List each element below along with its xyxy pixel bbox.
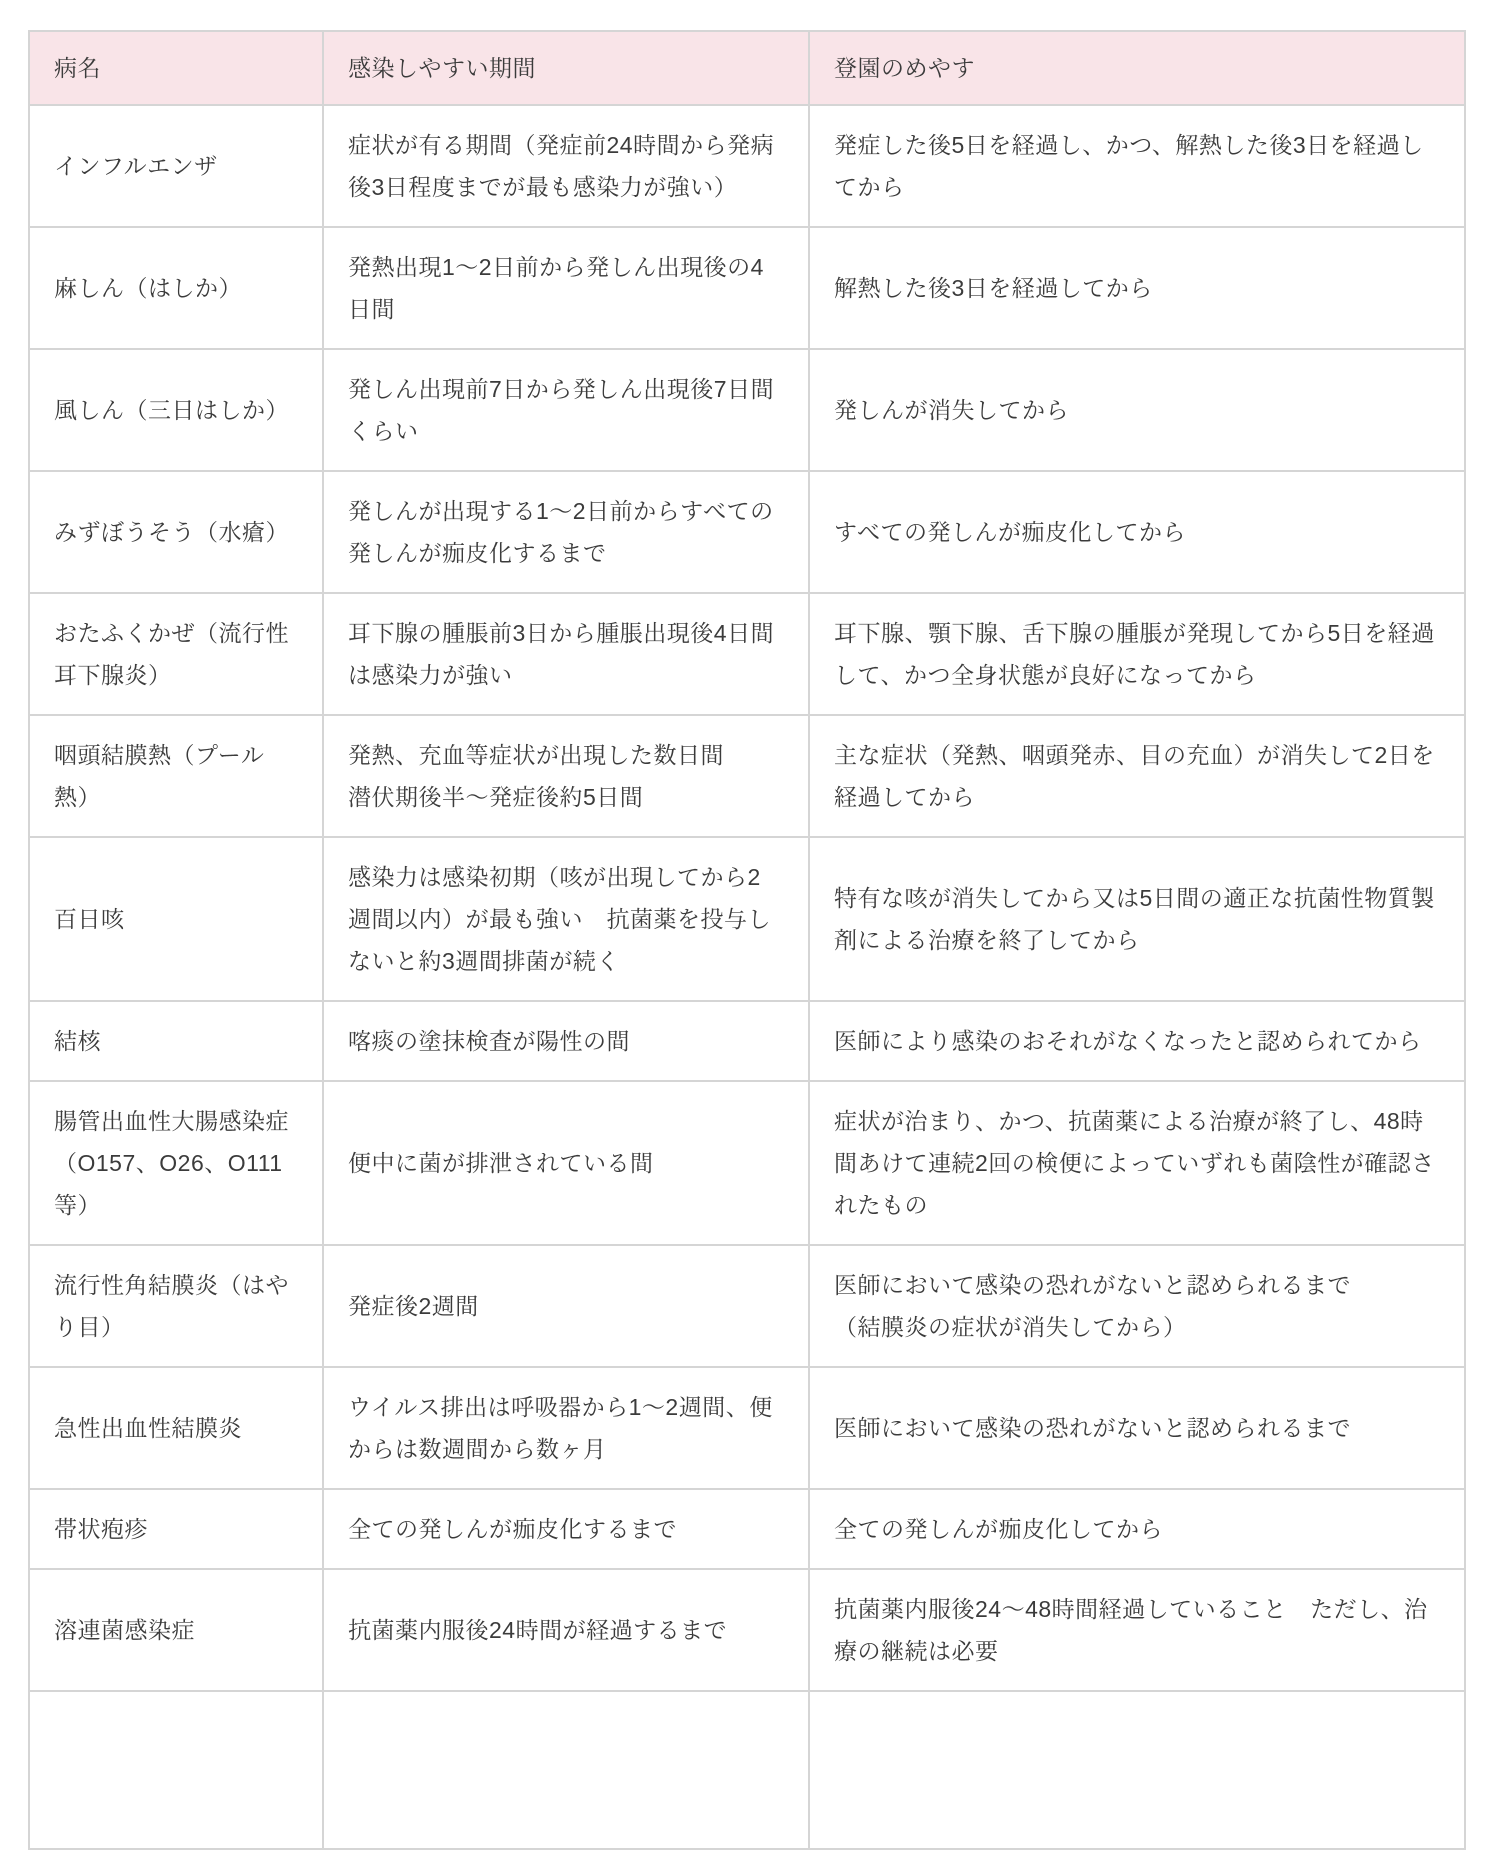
disease-name-cell: 風しん（三日はしか）: [29, 349, 323, 471]
table-row: 百日咳 感染力は感染初期（咳が出現してから2週間以内）が最も強い 抗菌薬を投与し…: [29, 837, 1465, 1001]
table-row: 流行性角結膜炎（はやり目） 発症後2週間 医師において感染の恐れがないと認められ…: [29, 1245, 1465, 1367]
infectious-period-cell: 全ての発しんが痂皮化するまで: [323, 1489, 809, 1569]
attendance-guideline-cell: 主な症状（発熱、咽頭発赤、目の充血）が消失して2日を経過してから: [809, 715, 1465, 837]
infectious-period-cell: 便中に菌が排泄されている間: [323, 1081, 809, 1245]
table-row: 麻しん（はしか） 発熱出現1〜2日前から発しん出現後の4日間 解熱した後3日を経…: [29, 227, 1465, 349]
disease-name-cell: 百日咳: [29, 837, 323, 1001]
table-row: 急性出血性結膜炎 ウイルス排出は呼吸器から1〜2週間、便からは数週間から数ヶ月 …: [29, 1367, 1465, 1489]
infectious-period-cell: 感染力は感染初期（咳が出現してから2週間以内）が最も強い 抗菌薬を投与しないと約…: [323, 837, 809, 1001]
attendance-guideline-cell: 解熱した後3日を経過してから: [809, 227, 1465, 349]
infectious-period-cell: 発熱、充血等症状が出現した数日間 潜伏期後半〜発症後約5日間: [323, 715, 809, 837]
table-body: インフルエンザ 症状が有る期間（発症前24時間から発病後3日程度までが最も感染力…: [29, 105, 1465, 1676]
disease-name-cell: 急性出血性結膜炎: [29, 1367, 323, 1489]
attendance-guideline-cell: 全ての発しんが痂皮化してから: [809, 1489, 1465, 1569]
infectious-period-cell: 喀痰の塗抹検査が陽性の間: [323, 1001, 809, 1081]
table-row: 結核 喀痰の塗抹検査が陽性の間 医師により感染のおそれがなくなったと認められてか…: [29, 1001, 1465, 1081]
table-row: 咽頭結膜熱（プール熱） 発熱、充血等症状が出現した数日間 潜伏期後半〜発症後約5…: [29, 715, 1465, 837]
table-row: 風しん（三日はしか） 発しん出現前7日から発しん出現後7日間くらい 発しんが消失…: [29, 349, 1465, 471]
disease-name-cell: 麻しん（はしか）: [29, 227, 323, 349]
page: { "table": { "header_bg": "#f9e4e8", "bo…: [0, 0, 1492, 1676]
header-row: 病名 感染しやすい期間 登園のめやす: [29, 31, 1465, 105]
attendance-guideline-cell: 抗菌薬内服後24〜48時間経過していること ただし、治療の継続は必要: [809, 1569, 1465, 1676]
infectious-period-cell: 発しんが出現する1〜2日前からすべての発しんが痂皮化するまで: [323, 471, 809, 593]
table-row: 腸管出血性大腸感染症（O157、O26、O111等） 便中に菌が排泄されている間…: [29, 1081, 1465, 1245]
column-header-guideline: 登園のめやす: [809, 31, 1465, 105]
attendance-guideline-cell: 症状が治まり、かつ、抗菌薬による治療が終了し、48時間あけて連続2回の検便によっ…: [809, 1081, 1465, 1245]
table-row: インフルエンザ 症状が有る期間（発症前24時間から発病後3日程度までが最も感染力…: [29, 105, 1465, 227]
disease-name-cell: 結核: [29, 1001, 323, 1081]
infectious-period-cell: 症状が有る期間（発症前24時間から発病後3日程度までが最も感染力が強い）: [323, 105, 809, 227]
table-header: 病名 感染しやすい期間 登園のめやす: [29, 31, 1465, 105]
attendance-guideline-cell: 特有な咳が消失してから又は5日間の適正な抗菌性物質製剤による治療を終了してから: [809, 837, 1465, 1001]
infectious-period-cell: 耳下腺の腫脹前3日から腫脹出現後4日間は感染力が強い: [323, 593, 809, 715]
infectious-period-cell: 発症後2週間: [323, 1245, 809, 1367]
table-row: みずぼうそう（水瘡） 発しんが出現する1〜2日前からすべての発しんが痂皮化するま…: [29, 471, 1465, 593]
attendance-guideline-cell: 医師において感染の恐れがないと認められるまで: [809, 1367, 1465, 1489]
illness-attendance-table: 病名 感染しやすい期間 登園のめやす インフルエンザ 症状が有る期間（発症前24…: [28, 30, 1466, 1676]
attendance-guideline-cell: すべての発しんが痂皮化してから: [809, 471, 1465, 593]
disease-name-cell: 腸管出血性大腸感染症（O157、O26、O111等）: [29, 1081, 323, 1245]
disease-name-cell: みずぼうそう（水瘡）: [29, 471, 323, 593]
infectious-period-cell: ウイルス排出は呼吸器から1〜2週間、便からは数週間から数ヶ月: [323, 1367, 809, 1489]
illness-table-container: 病名 感染しやすい期間 登園のめやす インフルエンザ 症状が有る期間（発症前24…: [28, 30, 1464, 1676]
disease-name-cell: 溶連菌感染症: [29, 1569, 323, 1676]
attendance-guideline-cell: 発症した後5日を経過し、かつ、解熱した後3日を経過してから: [809, 105, 1465, 227]
disease-name-cell: インフルエンザ: [29, 105, 323, 227]
attendance-guideline-cell: 発しんが消失してから: [809, 349, 1465, 471]
disease-name-cell: 咽頭結膜熱（プール熱）: [29, 715, 323, 837]
infectious-period-cell: 抗菌薬内服後24時間が経過するまで: [323, 1569, 809, 1676]
table-row: 溶連菌感染症 抗菌薬内服後24時間が経過するまで 抗菌薬内服後24〜48時間経過…: [29, 1569, 1465, 1676]
disease-name-cell: 流行性角結膜炎（はやり目）: [29, 1245, 323, 1367]
table-row: おたふくかぜ（流行性耳下腺炎） 耳下腺の腫脹前3日から腫脹出現後4日間は感染力が…: [29, 593, 1465, 715]
column-header-period: 感染しやすい期間: [323, 31, 809, 105]
attendance-guideline-cell: 耳下腺、顎下腺、舌下腺の腫脹が発現してから5日を経過して、かつ全身状態が良好にな…: [809, 593, 1465, 715]
disease-name-cell: おたふくかぜ（流行性耳下腺炎）: [29, 593, 323, 715]
infectious-period-cell: 発しん出現前7日から発しん出現後7日間くらい: [323, 349, 809, 471]
attendance-guideline-cell: 医師において感染の恐れがないと認められるまで （結膜炎の症状が消失してから）: [809, 1245, 1465, 1367]
attendance-guideline-cell: 医師により感染のおそれがなくなったと認められてから: [809, 1001, 1465, 1081]
table-row: 帯状疱疹 全ての発しんが痂皮化するまで 全ての発しんが痂皮化してから: [29, 1489, 1465, 1569]
disease-name-cell: 帯状疱疹: [29, 1489, 323, 1569]
infectious-period-cell: 発熱出現1〜2日前から発しん出現後の4日間: [323, 227, 809, 349]
column-header-disease: 病名: [29, 31, 323, 105]
